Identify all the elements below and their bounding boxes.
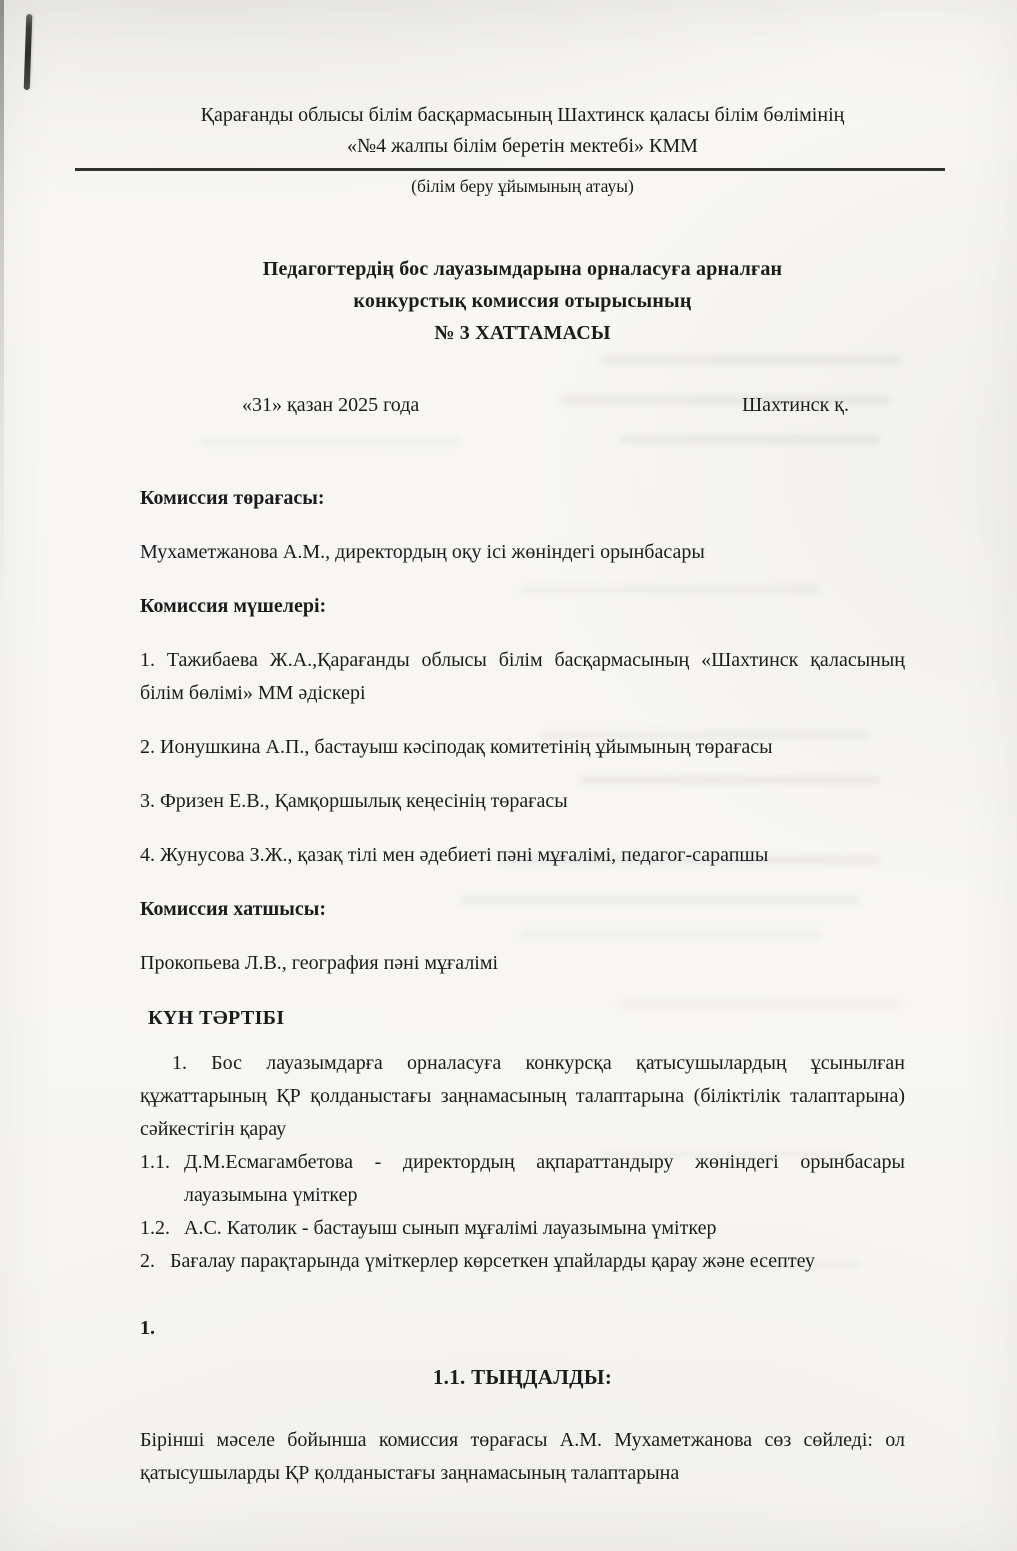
date-place-row: «31» қазан 2025 года Шахтинск қ. — [140, 389, 905, 422]
agenda-item-1: 1. Бос лауазымдарға орналасуға конкурсқа… — [140, 1047, 905, 1146]
member-item: 1. Тажибаева Ж.А.,Қарағанды облысы білім… — [140, 644, 905, 710]
agenda-item-text: Бағалау парақтарында үміткерлер көрсетке… — [170, 1245, 905, 1278]
protocol-place: Шахтинск қ. — [742, 389, 849, 422]
scanned-document-page: Қарағанды облысы білім басқармасының Шах… — [0, 0, 1017, 1551]
org-name-line2: «№4 жалпы білім беретін мектебі» КММ — [140, 131, 905, 162]
agenda-item-number: 1.1. — [140, 1146, 184, 1179]
agenda-item-number: 1.2. — [140, 1212, 184, 1245]
agenda-item-text: Д.М.Есмагамбетова - директордың ақпаратт… — [184, 1146, 905, 1212]
agenda-item-text: А.С. Католик - бастауыш сынып мұғалімі л… — [184, 1212, 905, 1245]
document-content: Қарағанды облысы білім басқармасының Шах… — [0, 0, 1017, 1490]
title-line1: Педагогтердің бос лауазымдарына орналасу… — [140, 253, 905, 285]
agenda-item-2: 2. Бағалау парақтарында үміткерлер көрсе… — [140, 1245, 905, 1278]
member-item: 3. Фризен Е.В., Қамқоршылық кеңесінің тө… — [140, 785, 905, 818]
section-number: 1. — [140, 1312, 905, 1345]
agenda-item-1-1: 1.1. Д.М.Есмагамбетова - директордың ақп… — [140, 1146, 905, 1212]
protocol-title: Педагогтердің бос лауазымдарына орналасу… — [140, 253, 905, 349]
agenda-heading: КҮН ТӘРТІБІ — [148, 1002, 905, 1035]
org-name-line1: Қарағанды облысы білім басқармасының Шах… — [140, 100, 905, 131]
chair-name: Мухаметжанова А.М., директордың оқу ісі … — [140, 536, 905, 569]
agenda-item-number: 2. — [140, 1245, 170, 1278]
member-item: 2. Ионушкина А.П., бастауыш кәсіподақ ко… — [140, 731, 905, 764]
secretary-name: Прокопьева Л.В., география пәні мұғалімі — [140, 947, 905, 980]
member-item: 4. Жунусова З.Ж., қазақ тілі мен әдебиет… — [140, 839, 905, 872]
members-label: Комиссия мүшелері: — [140, 590, 905, 623]
title-line3: № 3 ХАТТАМАСЫ — [140, 317, 905, 349]
closing-paragraph: Бірінші мәселе бойынша комиссия төрағасы… — [140, 1424, 905, 1490]
org-caption: (білім беру ұйымының атауы) — [140, 173, 905, 199]
heard-heading: 1.1. ТЫҢДАЛДЫ: — [140, 1361, 905, 1394]
header-underline — [75, 168, 945, 171]
chair-label: Комиссия төрағасы: — [140, 482, 905, 515]
agenda-item-1-2: 1.2. А.С. Католик - бастауыш сынып мұғал… — [140, 1212, 905, 1245]
protocol-date: «31» қазан 2025 года — [242, 389, 419, 422]
title-line2: конкурстық комиссия отырысының — [140, 285, 905, 317]
organization-header: Қарағанды облысы білім басқармасының Шах… — [140, 100, 905, 199]
secretary-label: Комиссия хатшысы: — [140, 893, 905, 926]
